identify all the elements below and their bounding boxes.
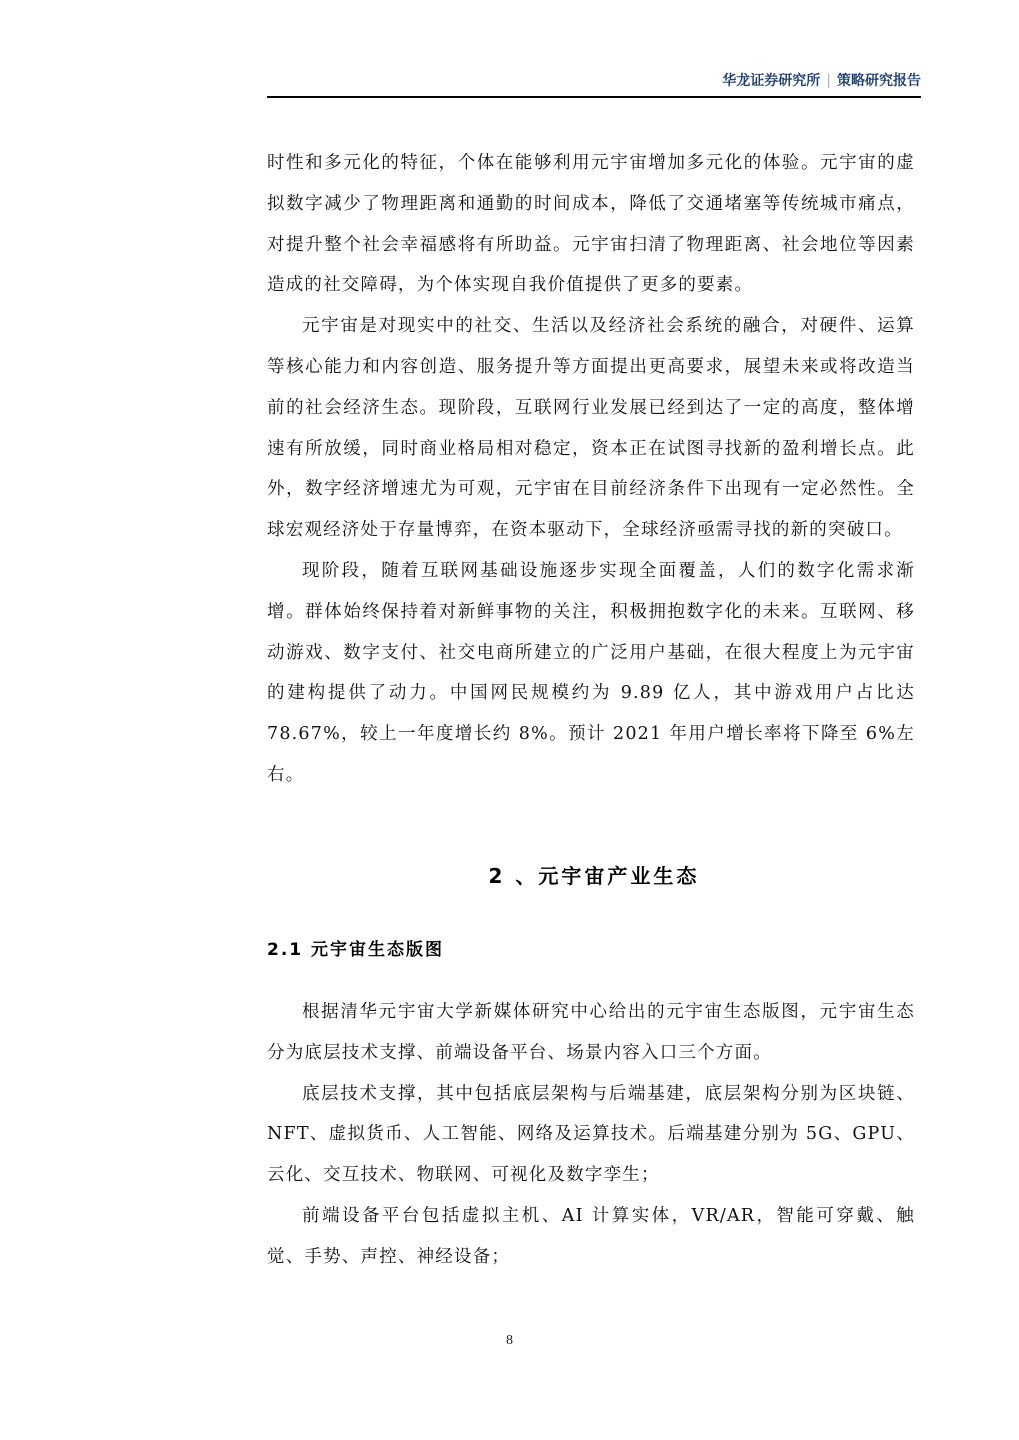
header-report-type: 策略研究报告: [837, 73, 921, 89]
header-separator: |: [826, 73, 831, 89]
page-header: 华龙证券研究所|策略研究报告: [267, 70, 921, 98]
paragraph: 底层技术支撑，其中包括底层架构与后端基建，底层架构分别为区块链、NFT、虚拟货币…: [267, 1074, 915, 1196]
paragraph: 现阶段，随着互联网基础设施逐步实现全面覆盖，人们的数字化需求渐增。群体始终保持着…: [267, 551, 915, 796]
paragraph: 元宇宙是对现实中的社交、生活以及经济社会系统的融合，对硬件、运算等核心能力和内容…: [267, 306, 915, 551]
paragraph: 根据清华元宇宙大学新媒体研究中心给出的元宇宙生态版图，元宇宙生态分为底层技术支撑…: [267, 992, 915, 1074]
subsection-heading: 2.1 元宇宙生态版图: [267, 935, 444, 960]
body-text-bottom: 根据清华元宇宙大学新媒体研究中心给出的元宇宙生态版图，元宇宙生态分为底层技术支撑…: [267, 992, 915, 1278]
paragraph: 时性和多元化的特征，个体在能够利用元宇宙增加多元化的体验。元宇宙的虚拟数字减少了…: [267, 143, 915, 306]
body-text-top: 时性和多元化的特征，个体在能够利用元宇宙增加多元化的体验。元宇宙的虚拟数字减少了…: [267, 143, 915, 796]
section-heading: 2 、元宇宙产业生态: [267, 860, 921, 889]
page-number: 8: [0, 1333, 1019, 1349]
paragraph: 前端设备平台包括虚拟主机、AI 计算实体，VR/AR，智能可穿戴、触觉、手势、声…: [267, 1196, 915, 1278]
header-org: 华龙证券研究所: [722, 73, 820, 89]
